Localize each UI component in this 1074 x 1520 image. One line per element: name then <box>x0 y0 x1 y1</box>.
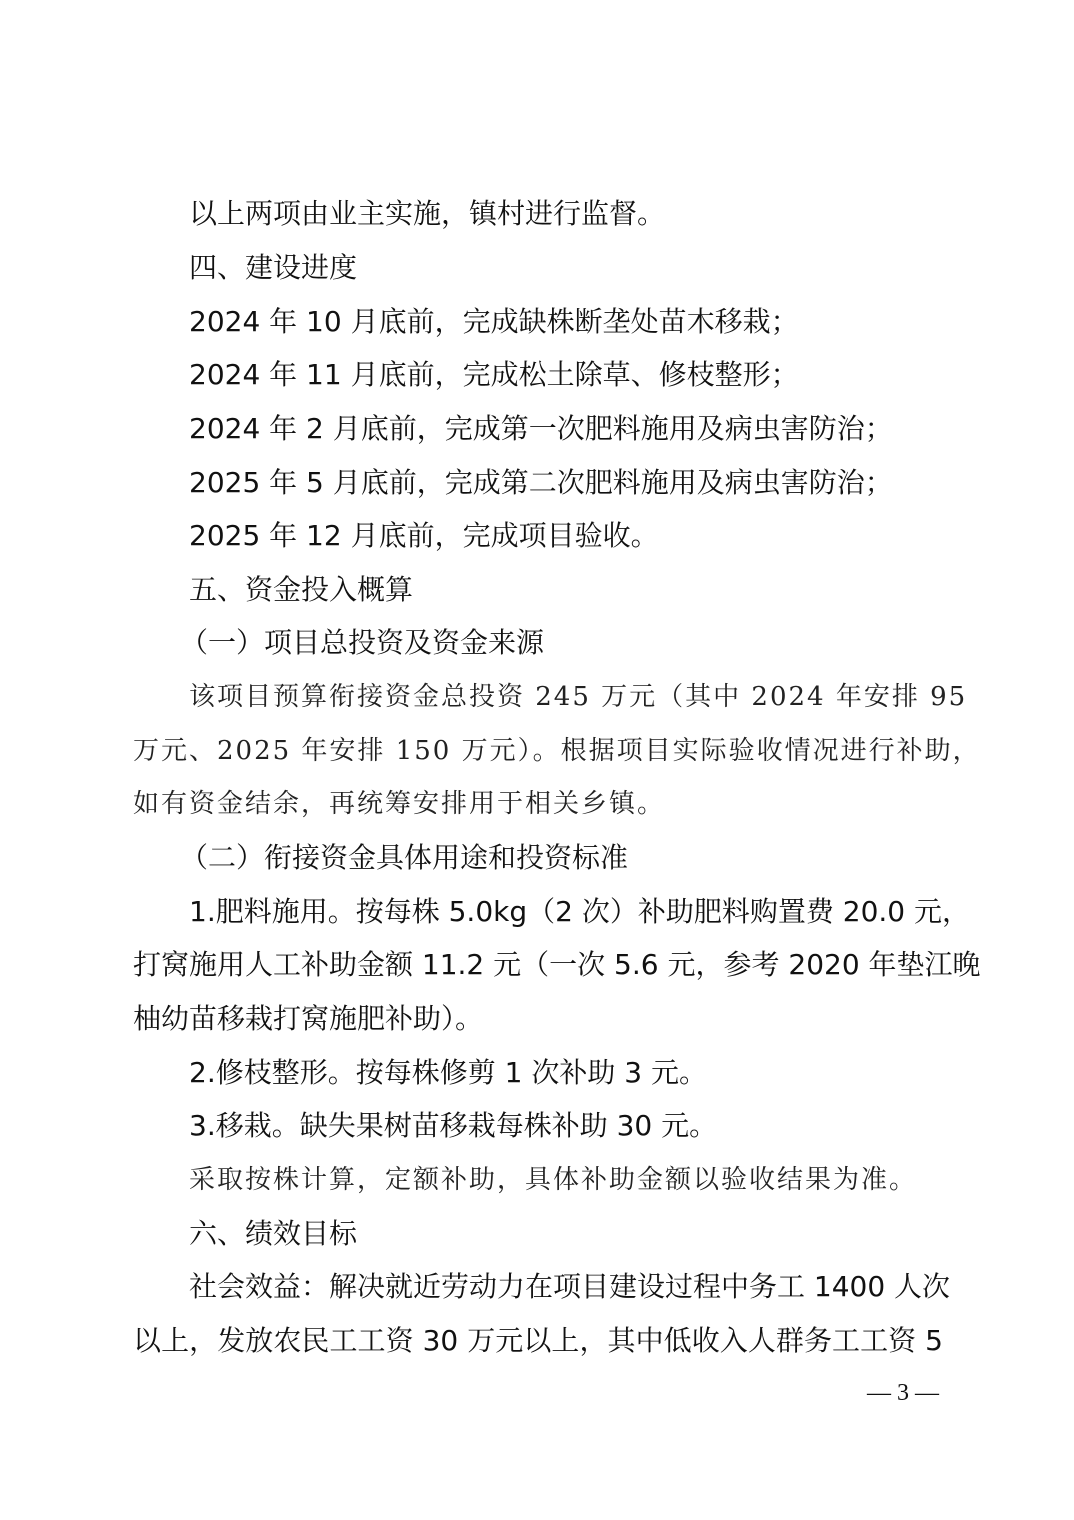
fertilizer-line-3: 柚幼苗移栽打窝施肥补助）。 <box>133 1001 943 1037</box>
social-benefit-line-1: 社会效益：解决就近劳动力在项目建设过程中务工 1400 人次 <box>189 1269 943 1305</box>
document-page: 以上两项由业主实施，镇村进行监督。 四、建设进度 2024 年 10 月底前，完… <box>0 0 1074 1520</box>
section-heading-schedule: 四、建设进度 <box>189 250 943 286</box>
subheading-fund-usage: （二）衔接资金具体用途和投资标准 <box>180 840 990 876</box>
paragraph-investment-line-3: 如有资金结余，再统筹安排用于相关乡镇。 <box>133 786 943 822</box>
paragraph-investment-line-1: 该项目预算衔接资金总投资 245 万元（其中 2024 年安排 95 <box>189 679 943 715</box>
fertilizer-line-2: 打窝施用人工补助金额 11.2 元（一次 5.6 元，参考 2020 年垫江晚 <box>133 947 943 983</box>
paragraph-supervision: 以上两项由业主实施，镇村进行监督。 <box>189 196 943 232</box>
schedule-item-4: 2025 年 5 月底前，完成第二次肥料施用及病虫害防治； <box>189 465 943 501</box>
schedule-item-5: 2025 年 12 月底前，完成项目验收。 <box>189 518 943 554</box>
transplant-item: 3.移栽。缺失果树苗移栽每株补助 30 元。 <box>189 1108 943 1144</box>
calculation-note: 采取按株计算，定额补助，具体补助金额以验收结果为准。 <box>189 1162 943 1198</box>
fertilizer-line-1: 1.肥料施用。按每株 5.0kg（2 次）补助肥料购置费 20.0 元， <box>189 894 943 930</box>
social-benefit-line-2: 以上，发放农民工工资 30 万元以上，其中低收入人群务工工资 5 <box>133 1323 943 1359</box>
section-heading-performance: 六、绩效目标 <box>189 1216 943 1252</box>
schedule-item-3: 2024 年 2 月底前，完成第一次肥料施用及病虫害防治； <box>189 411 943 447</box>
paragraph-investment-line-2: 万元、2025 年安排 150 万元）。根据项目实际验收情况进行补助， <box>133 733 943 769</box>
section-heading-funding: 五、资金投入概算 <box>189 572 943 608</box>
pruning-item: 2.修枝整形。按每株修剪 1 次补助 3 元。 <box>189 1055 943 1091</box>
page-number: — 3 — <box>862 1380 944 1407</box>
schedule-item-2: 2024 年 11 月底前，完成松土除草、修枝整形； <box>189 357 943 393</box>
schedule-item-1: 2024 年 10 月底前，完成缺株断垄处苗木移栽； <box>189 304 943 340</box>
subheading-total-investment: （一）项目总投资及资金来源 <box>180 625 990 661</box>
